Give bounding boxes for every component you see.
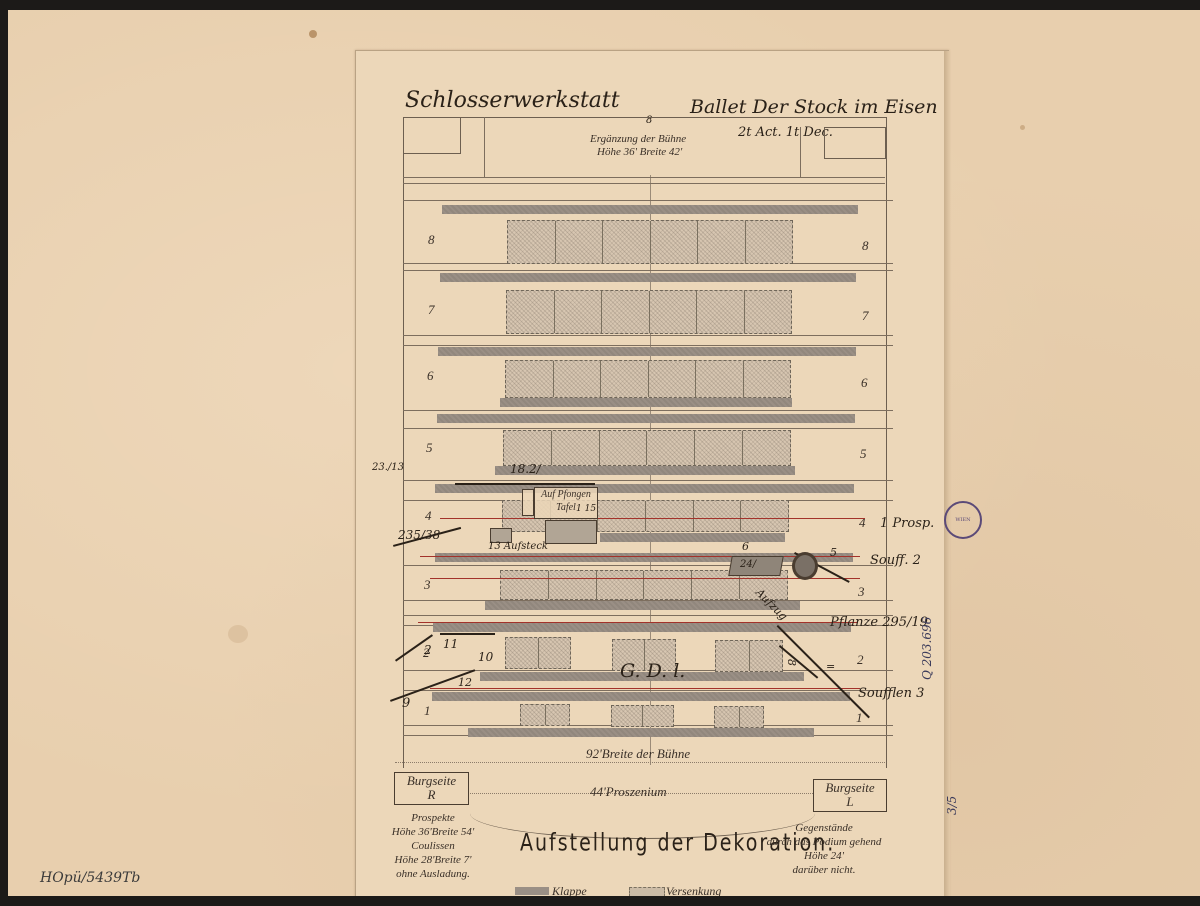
row-number-right: 5 <box>860 446 867 462</box>
row-number-left: 8 <box>428 232 435 248</box>
row-number-left: 5 <box>426 440 433 456</box>
rail <box>403 200 893 201</box>
annotation-number: 12 <box>458 676 472 689</box>
extension-right-edge <box>800 127 801 177</box>
extension-label-1: Ergänzung der Bühne <box>590 133 686 145</box>
trap-bar <box>433 623 851 632</box>
annotation-souffleur: Souff. 2 <box>870 553 921 568</box>
ink-line <box>455 483 595 485</box>
note-line: Coulissen <box>388 839 478 853</box>
burgseite-left-box: Burgseite L <box>813 779 887 812</box>
row-number-right: 2 <box>857 652 864 668</box>
row-number-right: 3 <box>858 584 865 600</box>
corner-box-right <box>824 127 886 159</box>
signature-code: HOpü/5439Tb <box>40 870 140 886</box>
platform-block <box>545 520 597 544</box>
side-letter: L <box>814 795 886 809</box>
note-line: Höhe 28'Breite 7' <box>388 853 478 867</box>
row-number-left: 4 <box>425 508 432 524</box>
trap-bar <box>600 533 785 542</box>
trap-bar <box>435 553 853 562</box>
page-number: 3/5 <box>945 796 959 815</box>
foxing-spot <box>1020 125 1025 130</box>
sink-block-row-6 <box>505 360 791 398</box>
annotation-prospect: 1 Prosp. <box>880 516 934 531</box>
annotation-number: 8 <box>785 659 798 666</box>
rail <box>403 428 893 429</box>
annotation-count: 1 15 <box>576 504 596 514</box>
trap-bar <box>500 398 792 407</box>
annotation-number: 2 <box>424 643 432 657</box>
rail <box>403 270 893 271</box>
trap-bar <box>485 601 800 610</box>
rail <box>403 615 893 616</box>
sink-block-row-7 <box>506 290 792 334</box>
stamp-text: WIEN <box>955 517 970 523</box>
foxing-spot <box>309 30 317 38</box>
corner-box-left <box>403 117 461 154</box>
sink-block-row-1a <box>520 704 570 726</box>
inventory-number: Q 203.696 <box>920 617 934 680</box>
sink-block-row-2c <box>715 640 783 672</box>
annotation-mark: = <box>826 660 835 673</box>
trap-bar <box>438 347 856 356</box>
annotation-measure: 235/38 <box>398 528 440 542</box>
side-letter: R <box>395 788 468 802</box>
annotation-initials: G. D. l. <box>620 660 685 682</box>
note-line: Höhe 24' <box>762 849 886 863</box>
extension-label-2: Höhe 36' Breite 42' <box>597 146 682 158</box>
table-prop-box: Auf Pfongen Tafel <box>534 487 598 519</box>
sink-block-row-2a <box>505 637 571 669</box>
ballet-title: Ballet Der Stock im Eisen <box>690 96 938 118</box>
row-number-right: 8 <box>862 238 869 254</box>
annotation-prop: 13 Aufsteck <box>488 541 548 552</box>
stage-width-label: 92'Breite der Bühne <box>586 746 690 762</box>
row-number-left: 3 <box>424 577 431 593</box>
row-number-right: 7 <box>862 308 869 324</box>
notes-left: Prospekte Höhe 36'Breite 54' Coulissen H… <box>388 811 478 881</box>
stage-width-dimension <box>395 762 885 763</box>
rail <box>403 335 893 336</box>
sink-block-row-8 <box>507 220 793 264</box>
trap-bar <box>435 484 854 493</box>
trap-bar <box>432 692 850 701</box>
trap-bar <box>468 728 814 737</box>
sink-block-row-1c <box>714 706 764 728</box>
rail <box>403 690 893 691</box>
note-line: Prospekte <box>388 811 478 825</box>
side-label: Burgseite <box>395 774 468 788</box>
prompter-box-oval <box>792 552 818 580</box>
row-number-left: 6 <box>427 368 434 384</box>
row-number-left: 1 <box>424 703 431 719</box>
side-label: Burgseite <box>814 781 886 795</box>
note-line: Gegenstände <box>762 821 886 835</box>
library-stamp: WIEN <box>944 501 982 539</box>
annotation-number: 10 <box>478 650 493 664</box>
extension-left-edge <box>484 117 485 177</box>
rail <box>403 177 885 178</box>
red-line <box>418 622 858 623</box>
legend-swatch-trap <box>515 887 549 895</box>
scan-border <box>0 896 1200 906</box>
red-line <box>430 578 860 579</box>
stain <box>228 625 248 643</box>
trap-bar <box>440 273 856 282</box>
table-steps <box>522 489 534 516</box>
ink-line <box>440 633 495 635</box>
annotation-number: 11 <box>443 637 458 651</box>
trap-bar <box>437 414 855 423</box>
notes-right: Gegenstände durch das Podium gehend Höhe… <box>762 821 886 877</box>
annotation-plants: Pflanze 295/19 <box>830 615 928 630</box>
trap-bar <box>442 205 858 214</box>
note-line: darüber nicht. <box>762 863 886 877</box>
note-line: ohne Ausladung. <box>388 867 478 881</box>
annotation-souffleur: Soufflen 3 <box>858 686 924 701</box>
red-prospect-line <box>440 518 865 519</box>
row-number-right: 6 <box>861 375 868 391</box>
red-line <box>430 688 860 689</box>
annotation-number: 9 <box>402 696 410 711</box>
sink-block-row-5 <box>503 430 791 466</box>
note-line: durch das Podium gehend <box>762 835 886 849</box>
annotation-number: 6 <box>742 540 749 553</box>
rail <box>403 345 893 346</box>
rail <box>403 410 893 411</box>
sheet-edge <box>944 51 950 906</box>
annotation-measure: 24/ <box>740 559 756 570</box>
sink-block-row-1b <box>611 705 674 727</box>
row-number-left: 7 <box>428 302 435 318</box>
annotation-number: 5 <box>830 546 837 559</box>
row-number-right: 1 <box>856 710 863 726</box>
annotation-measure: 23./13 <box>372 462 404 473</box>
note-line: Höhe 36'Breite 54' <box>388 825 478 839</box>
burgseite-right-box: Burgseite R <box>394 772 469 805</box>
rail <box>403 480 893 481</box>
rail <box>403 183 885 184</box>
annotation-measure: 18.2/ <box>510 462 541 476</box>
workshop-title: Schlosserwerkstatt <box>405 88 620 113</box>
